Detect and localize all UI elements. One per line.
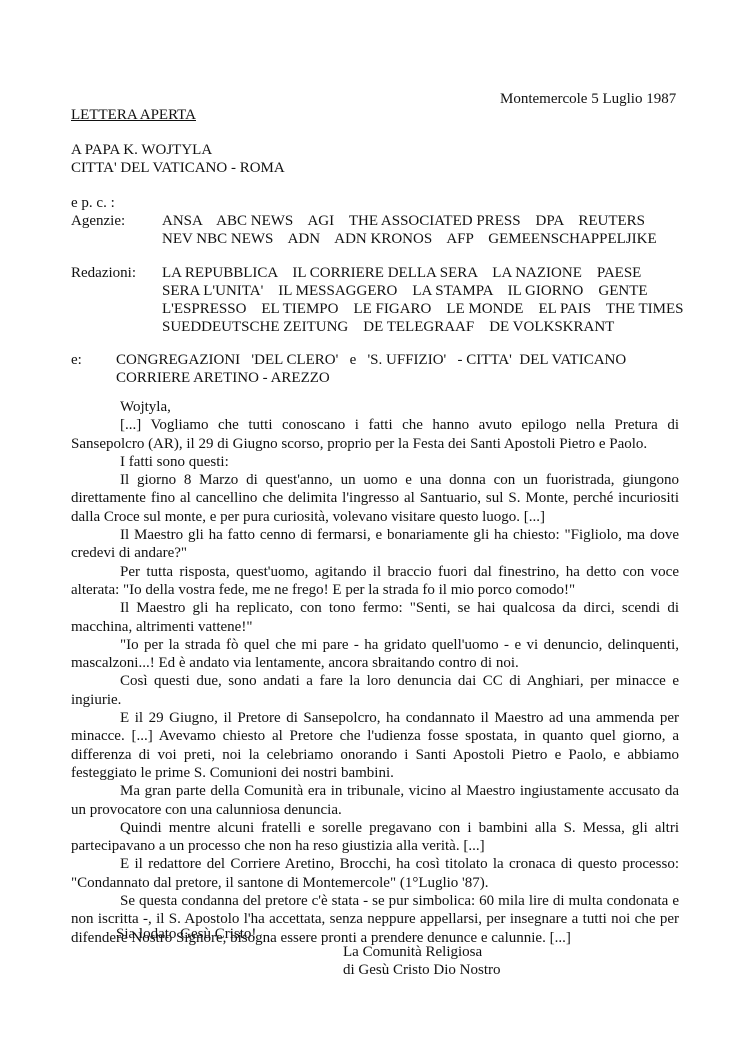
e-line-1: CONGREGAZIONI 'DEL CLERO' e 'S. UFFIZIO'… xyxy=(116,351,626,369)
agenzie-line-2: NEV NBC NEWS ADN ADN KRONOS AFP GEMEENSC… xyxy=(162,230,657,248)
agenzie-line-1: ANSA ABC NEWS AGI THE ASSOCIATED PRESS D… xyxy=(162,212,645,230)
redazioni-line-1: LA REPUBBLICA IL CORRIERE DELLA SERA LA … xyxy=(162,264,641,282)
body-paragraph: Ma gran parte della Comunità era in trib… xyxy=(71,782,679,819)
signature-line-1: La Comunità Religiosa xyxy=(343,943,482,961)
body-paragraph: Quindi mentre alcuni fratelli e sorelle … xyxy=(71,819,679,856)
body-paragraph: E il 29 Giugno, il Pretore di Sansepolcr… xyxy=(71,709,679,782)
redazioni-line-2: SERA L'UNITA' IL MESSAGGERO LA STAMPA IL… xyxy=(162,282,648,300)
body-paragraph: Il Maestro gli ha replicato, con tono fe… xyxy=(71,599,679,636)
recipient-line-2: CITTA' DEL VATICANO - ROMA xyxy=(71,159,285,177)
signature-line-2: di Gesù Cristo Dio Nostro xyxy=(343,961,501,979)
body-paragraph: [...] Vogliamo che tutti conoscano i fat… xyxy=(71,416,679,453)
body-paragraph: I fatti sono questi: xyxy=(71,453,679,471)
letter-title: LETTERA APERTA xyxy=(71,106,196,124)
date-line: Montemercole 5 Luglio 1987 xyxy=(500,90,676,108)
body-paragraph: Il Maestro gli ha fatto cenno di fermars… xyxy=(71,526,679,563)
body-paragraph: E il redattore del Corriere Aretino, Bro… xyxy=(71,855,679,892)
body-paragraph: Il giorno 8 Marzo di quest'anno, un uomo… xyxy=(71,471,679,526)
body-paragraph: Per tutta risposta, quest'uomo, agitando… xyxy=(71,563,679,600)
salutation: Wojtyla, xyxy=(71,398,679,416)
epc-label: e p. c. : xyxy=(71,194,115,212)
body-paragraph: "Io per la strada fò quel che mi pare - … xyxy=(71,636,679,673)
redazioni-line-3: L'ESPRESSO EL TIEMPO LE FIGARO LE MONDE … xyxy=(162,300,683,318)
e-label: e: xyxy=(71,351,82,369)
body-paragraph: Così questi due, sono andati a fare la l… xyxy=(71,672,679,709)
redazioni-line-4: SUEDDEUTSCHE ZEITUNG DE TELEGRAAF DE VOL… xyxy=(162,318,614,336)
recipient-line-1: A PAPA K. WOJTYLA xyxy=(71,141,212,159)
e-line-2: CORRIERE ARETINO - AREZZO xyxy=(116,369,330,387)
closing-blessing: Sia lodato Gesù Cristo! xyxy=(116,925,256,943)
letter-body: Wojtyla, [...] Vogliamo che tutti conosc… xyxy=(71,398,679,947)
agenzie-label: Agenzie: xyxy=(71,212,125,230)
redazioni-label: Redazioni: xyxy=(71,264,136,282)
